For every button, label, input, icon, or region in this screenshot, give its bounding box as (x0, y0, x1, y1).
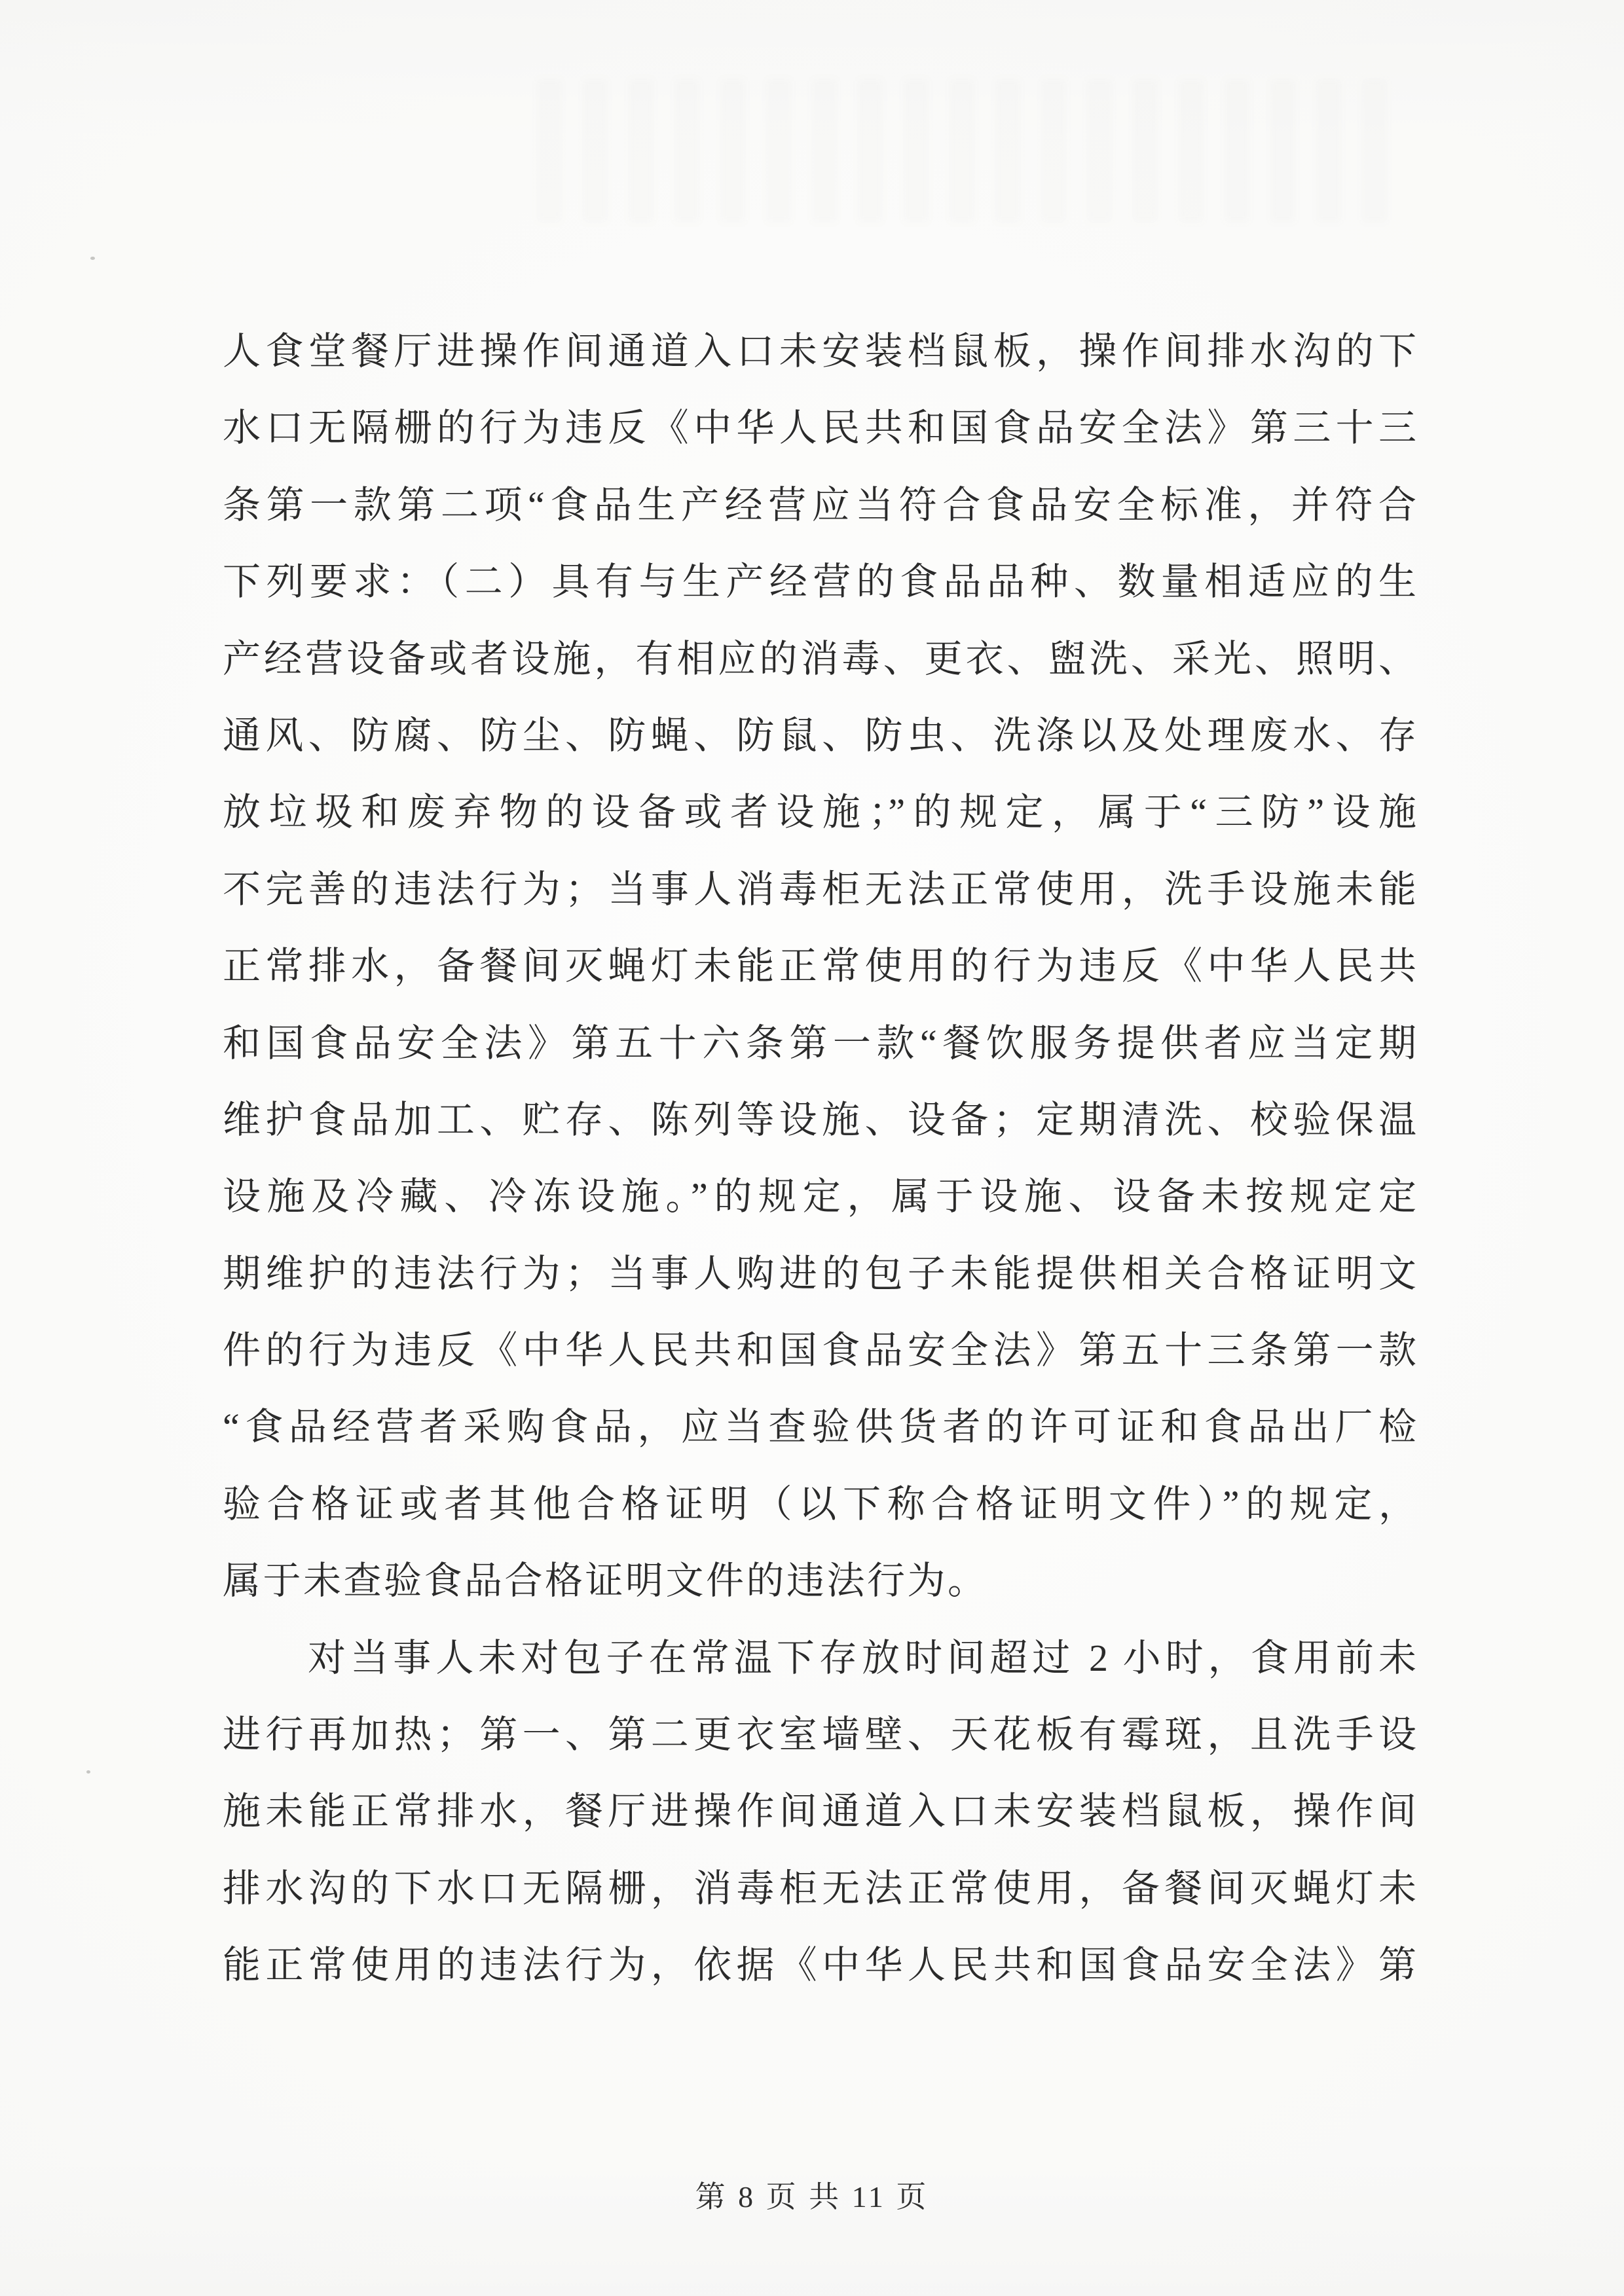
text-line-11: 维护食品加工、贮存、陈列等设施、设备；定期清洗、校验保温 (223, 1082, 1417, 1158)
text-line-19: 进行再加热；第一、第二更衣室墙壁、天花板有霉斑，且洗手设 (223, 1696, 1417, 1773)
text-line-6: 通风、防腐、防尘、防蝇、防鼠、防虫、洗涤以及处理废水、存 (223, 697, 1417, 774)
text-line-18: 对当事人未对包子在常温下存放时间超过 2 小时，食用前未 (223, 1620, 1417, 1696)
text-line-21: 排水沟的下水口无隔栅，消毒柜无法正常使用，备餐间灭蝇灯未 (223, 1850, 1417, 1927)
text-line-20: 施未能正常排水，餐厅进操作间通道入口未安装档鼠板，操作间 (223, 1773, 1417, 1850)
text-line-10: 和国食品安全法》第五十六条第一款“餐饮服务提供者应当定期 (223, 1005, 1417, 1082)
text-line-2: 水口无隔栅的行为违反《中华人民共和国食品安全法》第三十三 (223, 390, 1417, 466)
text-line-8: 不完善的违法行为；当事人消毒柜无法正常使用，洗手设施未能 (223, 851, 1417, 928)
text-line-16: 验合格证或者其他合格证明（以下称合格证明文件）”的规定， (223, 1466, 1417, 1542)
scanned-document-page: { "page": { "background_color": "#fbfbf9… (0, 0, 1624, 2296)
text-line-3: 条第一款第二项“食品生产经营应当符合食品安全标准，并符合 (223, 467, 1417, 543)
page-footer: 第 8 页 共 11 页 (0, 2166, 1624, 2229)
text-line-9: 正常排水，备餐间灭蝇灯未能正常使用的行为违反《中华人民共 (223, 928, 1417, 1004)
document-body: 人食堂餐厅进操作间通道入口未安装档鼠板，操作间排水沟的下水口无隔栅的行为违反《中… (223, 313, 1417, 2004)
text-line-15: “食品经营者采购食品，应当查验供货者的许可证和食品出厂检 (223, 1389, 1417, 1465)
text-line-7: 放垃圾和废弃物的设备或者设施；”的规定，属于“三防”设施 (223, 774, 1417, 850)
text-line-4: 下列要求：（二）具有与生产经营的食品品种、数量相适应的生 (223, 543, 1417, 620)
text-line-5: 产经营设备或者设施，有相应的消毒、更衣、盥洗、采光、照明、 (223, 621, 1417, 697)
text-line-22: 能正常使用的违法行为，依据《中华人民共和国食品安全法》第 (223, 1927, 1417, 2003)
text-line-13: 期维护的违法行为；当事人购进的包子未能提供相关合格证明文 (223, 1235, 1417, 1312)
text-line-1: 人食堂餐厅进操作间通道入口未安装档鼠板，操作间排水沟的下 (223, 313, 1417, 390)
scan-speck (86, 1770, 90, 1774)
text-line-14: 件的行为违反《中华人民共和国食品安全法》第五十三条第一款 (223, 1312, 1417, 1389)
text-line-17: 属于未查验食品合格证明文件的违法行为。 (223, 1542, 1417, 1619)
reverse-side-bleedthrough-artifact (537, 79, 1388, 223)
scan-speck (90, 257, 95, 260)
text-line-12: 设施及冷藏、冷冻设施。”的规定，属于设施、设备未按规定定 (223, 1158, 1417, 1235)
